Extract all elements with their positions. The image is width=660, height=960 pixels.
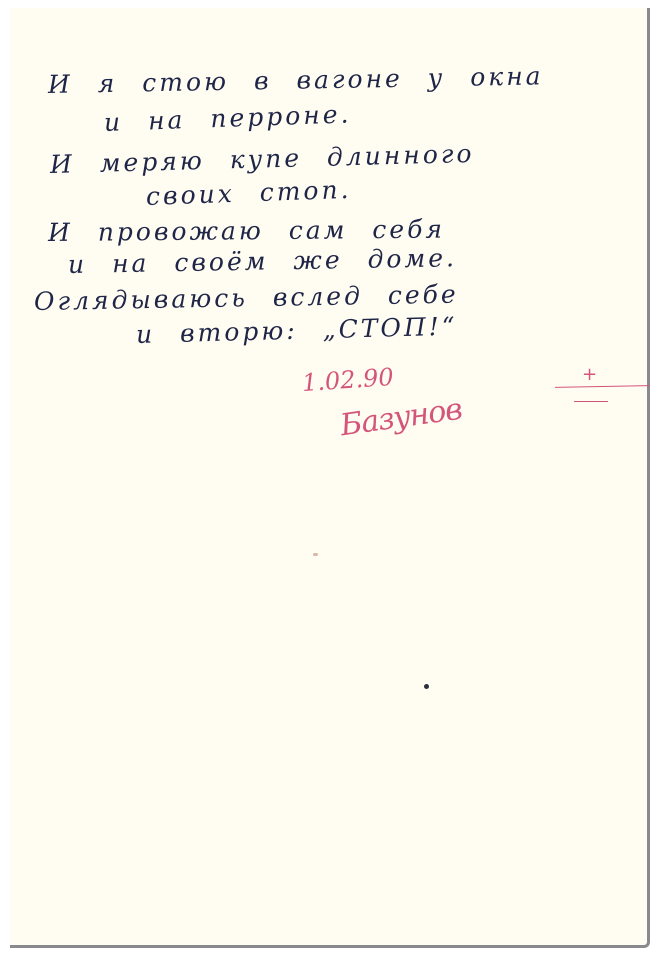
paper-speck: [313, 553, 318, 556]
ink-dot: [424, 684, 429, 689]
signature-dash-mark: [574, 401, 608, 402]
poem-line-5: И провожаю сам себя: [48, 215, 445, 247]
signature-plus-mark-icon: +: [582, 364, 597, 385]
